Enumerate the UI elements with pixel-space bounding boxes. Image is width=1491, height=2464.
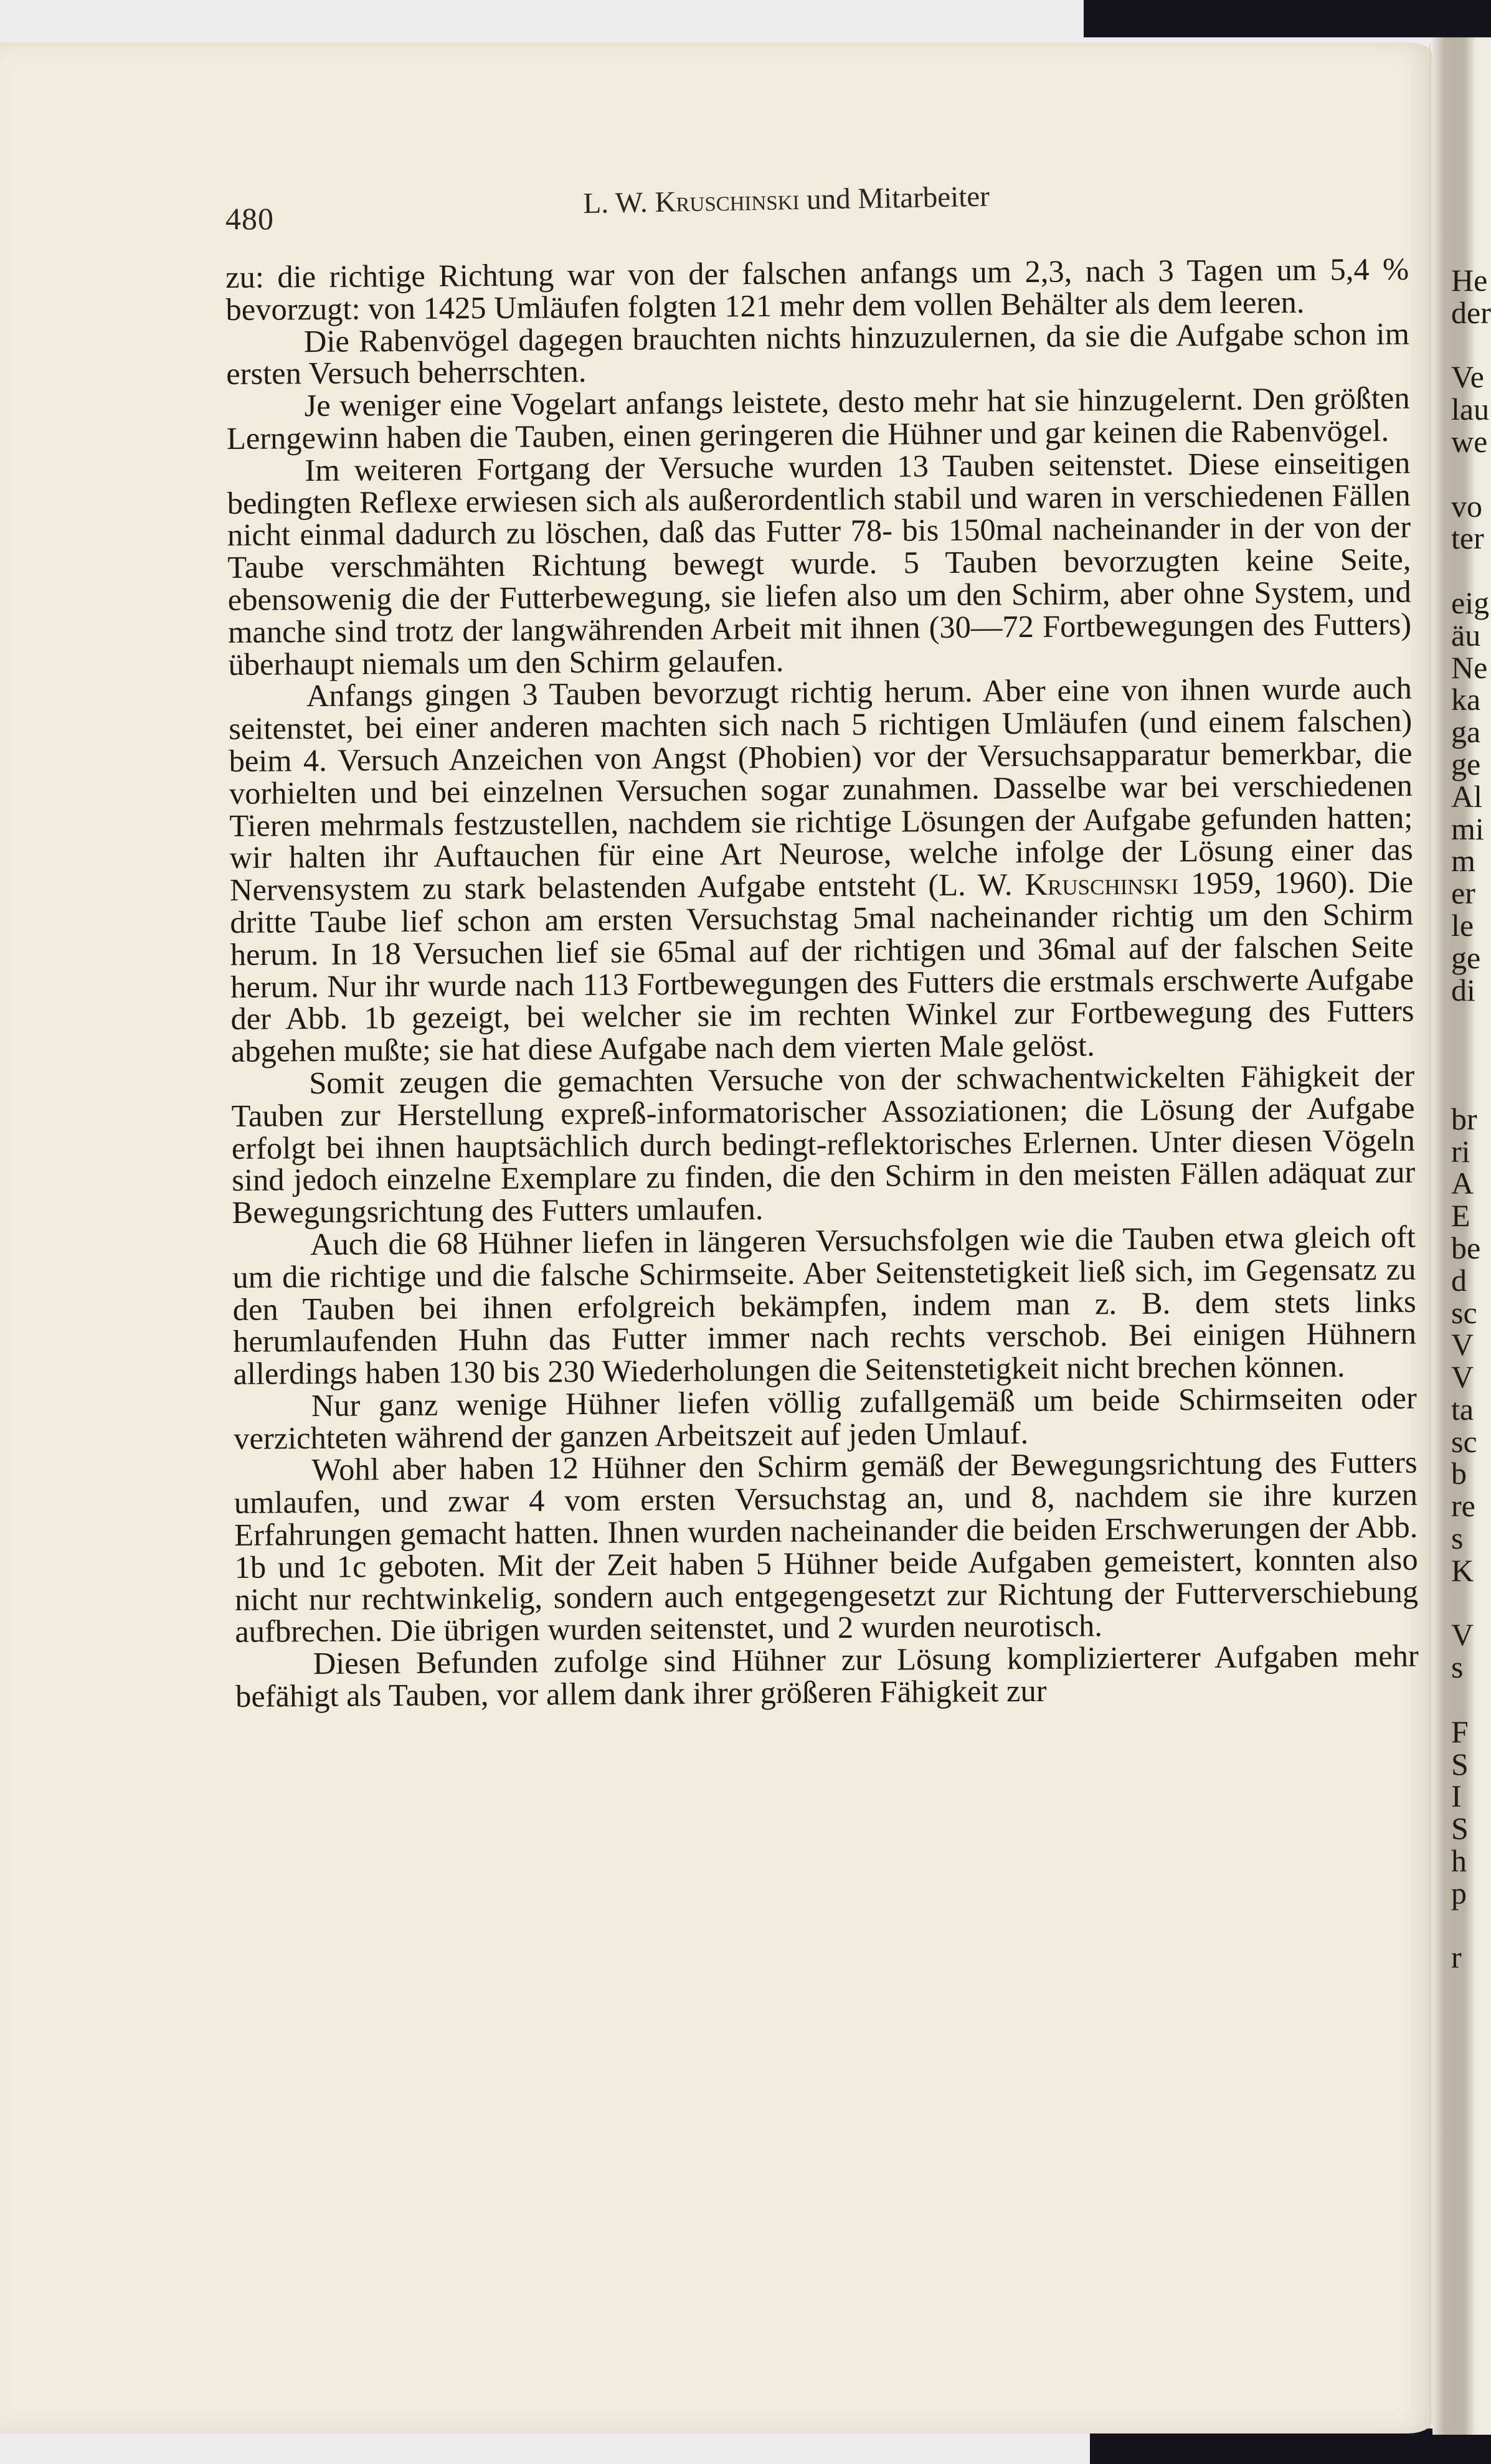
- facing-page-fragment: b: [1451, 1458, 1491, 1490]
- facing-page-fragment: p: [1451, 1877, 1491, 1910]
- facing-page-fragment: Ne: [1451, 652, 1491, 684]
- paragraph: Diesen Befunden zufolge sind Hühner zur …: [235, 1640, 1419, 1713]
- facing-page-fragment: eig: [1451, 587, 1491, 620]
- facing-page-fragment: ka: [1451, 684, 1491, 716]
- facing-page-fragment: [1451, 1684, 1491, 1716]
- facing-page-fragment: h: [1451, 1845, 1491, 1877]
- facing-page-fragment: le: [1451, 910, 1491, 942]
- facing-page-fragment: V: [1451, 1329, 1491, 1361]
- facing-page-text-fragments: HederVelauwevotereigäuNekagageAlmimerleg…: [1451, 265, 1491, 1974]
- facing-page-fragment: ter: [1451, 522, 1491, 555]
- paragraph: zu: die richtige Richtung war von der fa…: [225, 253, 1409, 326]
- paragraph: Im weiteren Fortgang der Versuche wurden…: [227, 447, 1411, 681]
- facing-page-fragment: Al: [1451, 781, 1491, 813]
- paragraph: Somit zeugen die gemachten Versuche von …: [231, 1060, 1416, 1229]
- facing-page-fragment: mi: [1451, 813, 1491, 846]
- facing-page-fragment: d: [1451, 1265, 1491, 1297]
- facing-page-fragment: sc: [1451, 1297, 1491, 1329]
- paragraph: Auch die 68 Hühner liefen in längeren Ve…: [232, 1221, 1417, 1390]
- facing-page-fragment: m: [1451, 845, 1491, 877]
- paragraph: Die Rabenvögel dagegen brauchten nichts …: [226, 318, 1410, 390]
- facing-page-fragment: ri: [1451, 1136, 1491, 1168]
- facing-page-fragment: be: [1451, 1232, 1491, 1265]
- facing-page-fragment: sc: [1451, 1426, 1491, 1458]
- facing-page-fragment: E: [1451, 1200, 1491, 1232]
- paragraph: Je weniger eine Vogelart anfangs leistet…: [226, 382, 1410, 455]
- facing-page-fragment: K: [1451, 1555, 1491, 1587]
- background-dark-bottom: [1090, 2429, 1491, 2464]
- page-number: 480: [225, 201, 274, 237]
- facing-page-fragment: He: [1451, 265, 1491, 297]
- facing-page-fragment: V: [1451, 1361, 1491, 1394]
- facing-page-fragment: [1451, 1039, 1491, 1071]
- facing-page-fragment: [1451, 1910, 1491, 1942]
- facing-page-fragment: [1451, 329, 1491, 362]
- facing-page-fragment: ge: [1451, 942, 1491, 975]
- facing-page-fragment: ta: [1451, 1394, 1491, 1426]
- facing-page-fragment: vo: [1451, 491, 1491, 523]
- facing-page-fragment: [1451, 555, 1491, 587]
- body-text: zu: die richtige Richtung war von der fa…: [225, 253, 1419, 1713]
- facing-page-fragment: A: [1451, 1168, 1491, 1200]
- facing-page-fragment: we: [1451, 426, 1491, 458]
- paragraph: Wohl aber haben 12 Hühner den Schirm gem…: [234, 1447, 1418, 1648]
- paragraph: Nur ganz wenige Hühner liefen völlig zuf…: [234, 1382, 1418, 1455]
- running-head-author: Kruschinski: [655, 184, 800, 219]
- running-head-suffix: und Mitarbeiter: [799, 181, 990, 216]
- facing-page-fragment: [1451, 1587, 1491, 1620]
- facing-page-fragment: S: [1451, 1749, 1491, 1781]
- facing-page-fragment: [1451, 1006, 1491, 1039]
- facing-page-fragment: [1451, 1071, 1491, 1103]
- citation-author: Kruschinski: [1025, 866, 1178, 902]
- facing-page-fragment: s: [1451, 1651, 1491, 1684]
- facing-page-fragment: äu: [1451, 620, 1491, 652]
- running-head-prefix: L. W.: [583, 186, 655, 220]
- facing-page-fragment: I: [1451, 1780, 1491, 1813]
- facing-page-fragment: lau: [1451, 394, 1491, 426]
- facing-page-fragment: ge: [1451, 748, 1491, 781]
- facing-page-fragment: br: [1451, 1103, 1491, 1136]
- facing-page-fragment: ga: [1451, 716, 1491, 748]
- background-dark-top: [1084, 0, 1491, 37]
- facing-page-fragment: [1451, 458, 1491, 491]
- facing-page-fragment: di: [1451, 975, 1491, 1007]
- facing-page-fragment: re: [1451, 1490, 1491, 1522]
- facing-page-fragment: r: [1451, 1942, 1491, 1974]
- facing-page-fragment: s: [1451, 1522, 1491, 1555]
- facing-page-fragment: F: [1451, 1716, 1491, 1749]
- facing-page-fragment: Ve: [1451, 361, 1491, 394]
- page-header: 480 L. W. Kruschinski und Mitarbeiter: [225, 187, 1409, 237]
- facing-page-fragment: der: [1451, 297, 1491, 329]
- facing-page-fragment: V: [1451, 1619, 1491, 1651]
- page-edge: [1429, 44, 1431, 2429]
- paragraph: Anfangs gingen 3 Tauben bevorzugt richti…: [229, 673, 1414, 1068]
- running-head: L. W. Kruschinski und Mitarbeiter: [583, 180, 990, 220]
- facing-page-fragment: er: [1451, 877, 1491, 910]
- facing-page-fragment: S: [1451, 1813, 1491, 1845]
